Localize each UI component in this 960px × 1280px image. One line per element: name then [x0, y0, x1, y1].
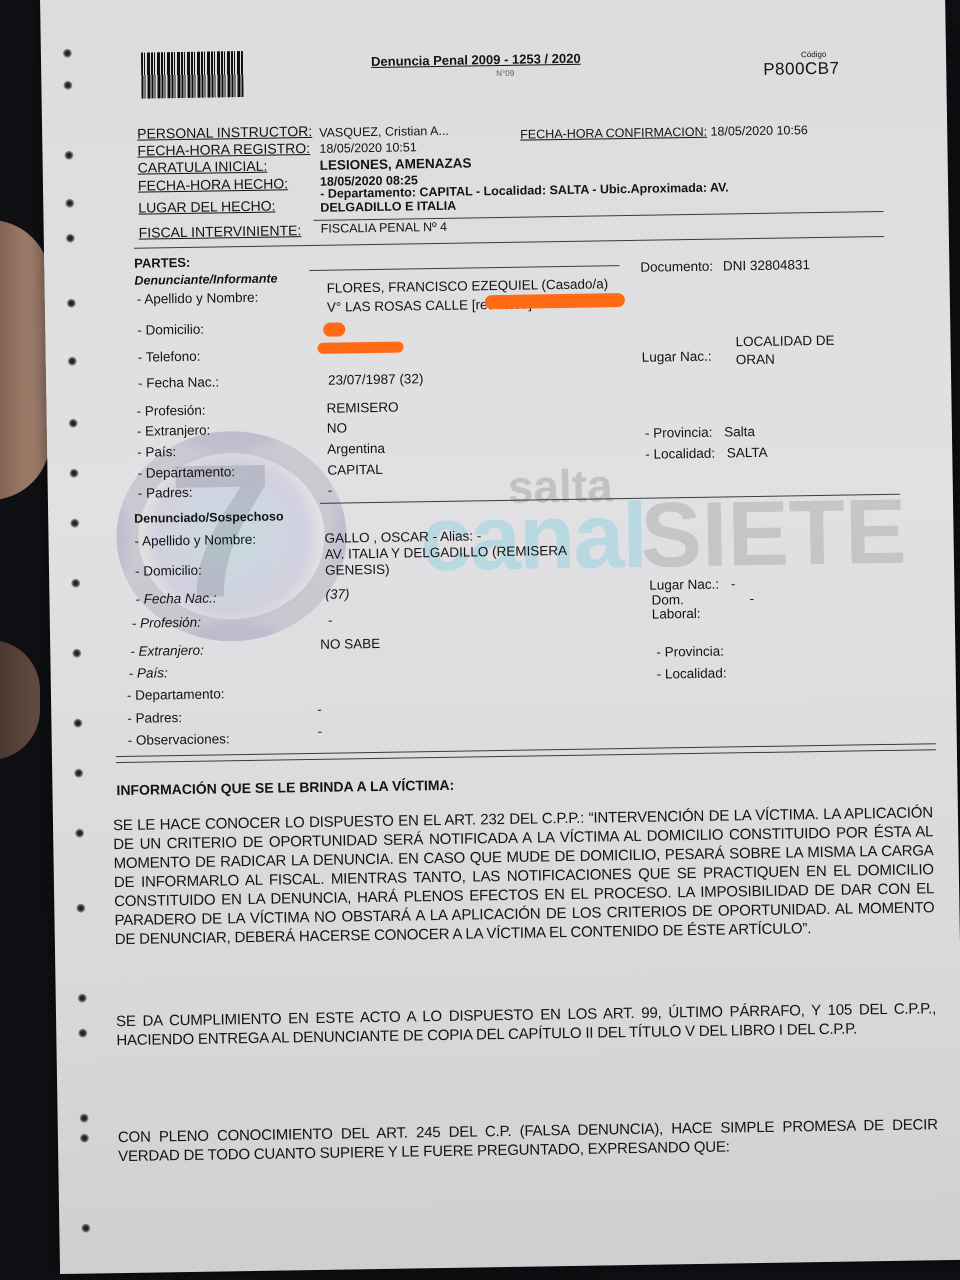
redaction-mark — [317, 342, 403, 354]
denunciado-lugar-nac: Lugar Nac.: - — [649, 576, 735, 592]
field-label: FECHA-HORA CONFIRMACION: — [520, 125, 707, 142]
field-value: 18/05/2020 10:56 — [710, 123, 808, 139]
punch-mark-icon — [75, 829, 84, 838]
denunciante-lugar-nac: Lugar Nac.: — [642, 349, 712, 365]
stamp-fragment: N°09 — [496, 69, 514, 78]
redaction-mark — [323, 322, 345, 336]
punch-mark-icon — [78, 994, 87, 1003]
info-paragraph-art232: SE LE HACE CONOCER LO DISPUESTO EN EL AR… — [113, 803, 935, 949]
info-title: INFORMACIÓN QUE SE LE BRINDA A LA VÍCTIM… — [116, 777, 454, 798]
codigo-value: P800CB7 — [763, 59, 840, 80]
redaction-mark — [485, 293, 625, 309]
denunciante-localidad: - Localidad: SALTA — [645, 445, 768, 462]
punch-mark-icon — [69, 469, 78, 478]
field-label: FECHA-HORA HECHO: — [138, 175, 288, 193]
denunciado-dom-laboral: Dom. Laboral: — [651, 593, 700, 622]
denunciante-provincia: - Provincia: Salta — [645, 424, 755, 441]
field-value-line2: DELGADILLO E ITALIA — [320, 199, 456, 215]
denunciante-documento: Documento: DNI 32804831 — [640, 257, 810, 275]
field-label: FECHA-HORA REGISTRO: — [137, 140, 310, 159]
barcode-icon — [141, 51, 244, 99]
punch-mark-icon — [80, 1134, 89, 1143]
section-partes: PARTES: — [134, 255, 190, 271]
punch-mark-icon — [67, 299, 76, 308]
field-value: LESIONES, AMENAZAS — [320, 155, 472, 172]
punch-mark-icon — [72, 649, 81, 658]
info-paragraph-art99: SE DA CUMPLIMIENTO EN ESTE ACTO A LO DIS… — [116, 999, 936, 1050]
info-paragraph-art245: CON PLENO CONOCIMIENTO DEL ART. 245 DEL … — [118, 1115, 938, 1166]
field-label: PERSONAL INSTRUCTOR: — [137, 123, 312, 142]
field-label: FISCAL INTERVINIENTE: — [139, 222, 302, 241]
divider — [320, 494, 900, 504]
punch-mark-icon — [65, 199, 74, 208]
punch-mark-icon — [80, 1114, 89, 1123]
watermark-salta: salta — [507, 458, 613, 514]
punch-mark-icon — [69, 419, 78, 428]
field-fecha-hora-confirmacion: FECHA-HORA CONFIRMACION: 18/05/2020 10:5… — [520, 123, 808, 142]
punch-mark-icon — [74, 769, 83, 778]
complaint-document: Denuncia Penal 2009 - 1253 / 2020 N°09 C… — [40, 0, 960, 1274]
denunciante-lugar-nac-value: LOCALIDAD DE ORAN — [735, 332, 835, 370]
punch-mark-icon — [66, 234, 75, 243]
finger — [0, 640, 40, 760]
punch-mark-icon — [64, 151, 73, 160]
field-label: LUGAR DEL HECHO: — [138, 198, 275, 216]
punch-mark-icon — [63, 49, 72, 58]
field-value: FISCALIA PENAL Nº 4 — [321, 220, 448, 236]
field-label: CARATULA INICIAL: — [138, 158, 268, 176]
divider — [116, 749, 936, 763]
section-denunciado: Denunciado/Sospechoso — [134, 509, 284, 525]
punch-mark-icon — [81, 1224, 90, 1233]
punch-mark-icon — [68, 357, 77, 366]
watermark-siete: SIETE — [640, 486, 907, 582]
section-denunciante: Denunciante/Informante — [134, 271, 277, 287]
denunciado-localidad: - Localidad: — [657, 665, 727, 681]
field-value: VASQUEZ, Cristian A... — [319, 124, 449, 140]
codigo-label: Código — [801, 50, 826, 59]
punch-mark-icon — [70, 519, 79, 528]
hand-holding-paper — [0, 220, 50, 500]
punch-mark-icon — [76, 904, 85, 913]
punch-mark-icon — [78, 1029, 87, 1038]
document-title: Denuncia Penal 2009 - 1253 / 2020 — [371, 51, 581, 69]
denunciado-provincia: - Provincia: — [656, 644, 724, 660]
denunciado-dom-laboral-value: - — [749, 591, 754, 606]
punch-mark-icon — [73, 719, 82, 728]
punch-mark-icon — [71, 579, 80, 588]
punch-mark-icon — [63, 81, 72, 90]
field-value: 18/05/2020 10:51 — [319, 140, 417, 156]
divider — [309, 265, 619, 271]
